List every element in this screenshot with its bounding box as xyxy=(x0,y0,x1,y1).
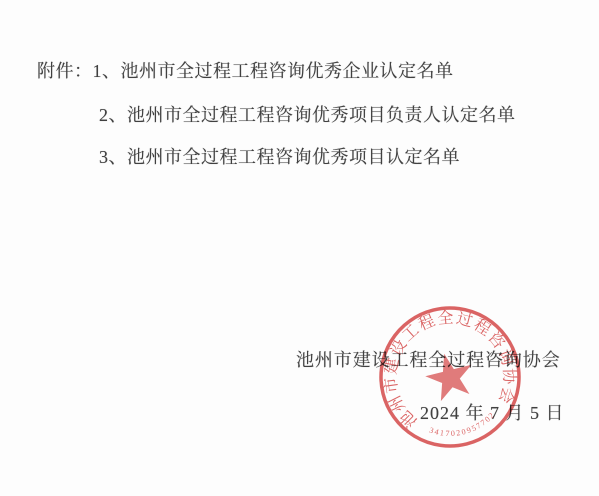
seal-serial-number: 3417020957702 xyxy=(426,410,498,445)
attachments-label: 附件： xyxy=(37,61,93,81)
document-page: 附件：1、池州市全过程工程咨询优秀企业认定名单 2、池州市全过程工程咨询优秀项目… xyxy=(0,0,599,496)
attachment-item-3: 3、池州市全过程工程咨询优秀项目认定名单 xyxy=(99,147,460,167)
attachment-item-2: 2、池州市全过程工程咨询优秀项目负责人认定名单 xyxy=(99,105,516,125)
attachment-line-3: 3、池州市全过程工程咨询优秀项目认定名单 xyxy=(99,143,460,169)
attachment-line-2: 2、池州市全过程工程咨询优秀项目负责人认定名单 xyxy=(99,101,516,127)
attachment-item-1: 1、池州市全过程工程咨询优秀企业认定名单 xyxy=(93,61,454,81)
seal-star-icon xyxy=(421,348,478,403)
attachment-line-1: 附件：1、池州市全过程工程咨询优秀企业认定名单 xyxy=(37,57,454,83)
official-seal: 池州市建设工程全过程咨询协会 3417020957702 xyxy=(370,297,530,457)
